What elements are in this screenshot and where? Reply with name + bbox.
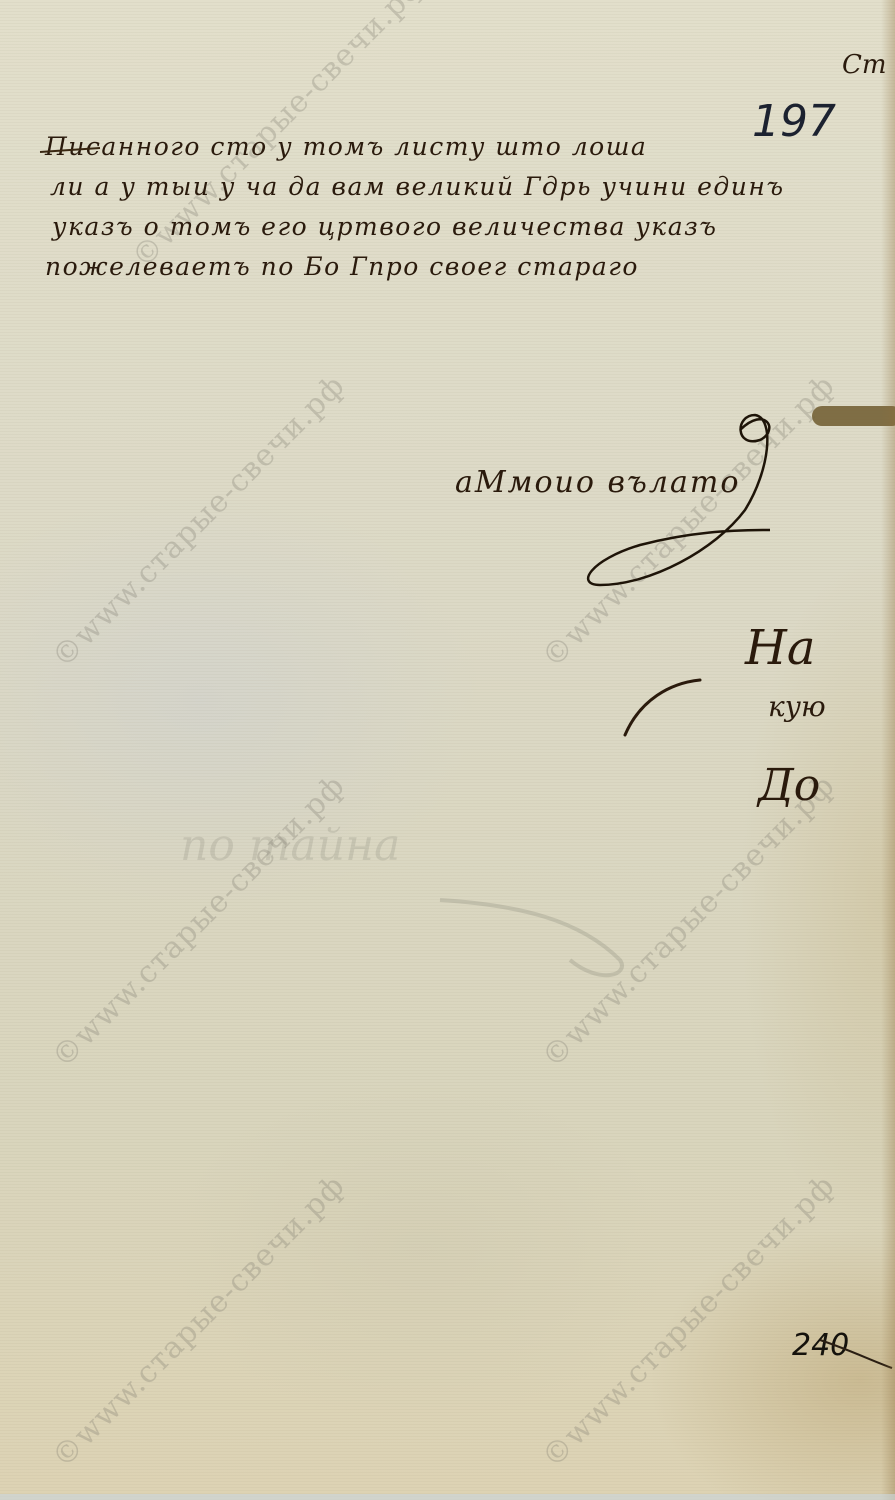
scan-border [0,1494,895,1500]
watermark: ©www.старые-свечи.рф [535,1168,842,1475]
watermark: ©www.старые-свечи.рф [535,768,842,1075]
text-line-1: Писанного сто у томъ листу што лоша [45,132,647,161]
marginal-note-1: На [745,620,815,676]
corner-mark: Ст [842,50,887,80]
folio-number: 197 [752,96,836,147]
watermark: ©www.старые-свечи.рф [45,368,352,675]
text-line-4: пожелеваетъ по Бо Гпро своег стараго [45,252,639,281]
watermark: ©www.старые-свечи.рф [45,1168,352,1475]
page-edge [881,0,895,1500]
manuscript-page: по тайна ©www.старые-свечи.рф ©www.стары… [0,0,895,1500]
marginal-note-2: кую [768,690,826,723]
signature: аМмоио вълато [455,465,740,500]
watermark: ©www.старые-свечи.рф [45,768,352,1075]
text-line-2: ли а у тыи у ча да вам великий Гдрь учин… [50,172,785,201]
page-number-bottom: 240 [792,1328,849,1363]
marginal-note-3: До [758,760,820,811]
text-line-3: указъ о томъ его цртвого величества указ… [52,212,717,241]
